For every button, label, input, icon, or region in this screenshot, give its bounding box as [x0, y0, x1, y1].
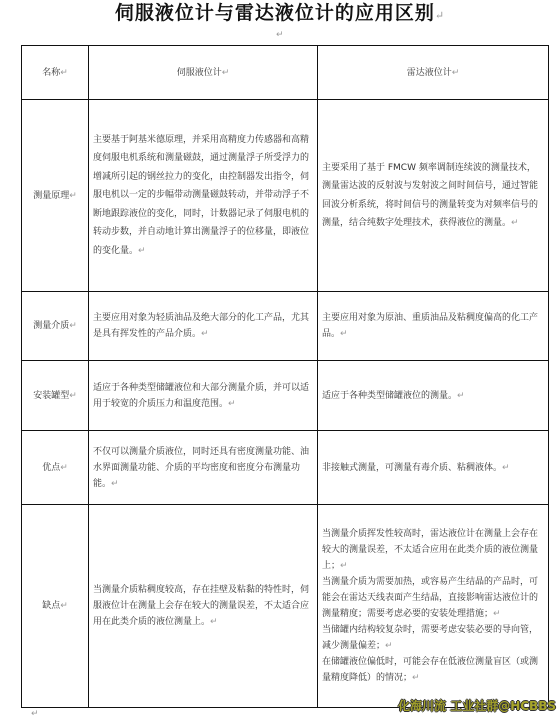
header-radar: 雷达液位计 — [407, 68, 452, 78]
header-servo: 伺服液位计 — [177, 68, 222, 78]
table-row: 优点↵ 不仅可以测量介质液位，同时还具有密度测量功能、油水界面测量功能、介质的平… — [22, 431, 549, 505]
table-row: 缺点↵ 当测量介质粘稠度较高，存在挂壁及粘黏的特性时，伺服液位计在测量上会存在较… — [22, 505, 549, 708]
row-label: 安装罐型 — [33, 391, 69, 401]
header-name: 名称 — [42, 68, 60, 78]
radar-drawback-item: 当测量介质为需要加热，或容易产生结晶的产品时，可能会在雷达天线表面产生结晶，直接… — [322, 574, 544, 622]
radar-drawback-item: 当储罐内结构较复杂时，需要考虑安装必要的导向管，减少测量偏差；↵ — [322, 622, 544, 654]
paragraph-mark-icon: ↵ — [69, 191, 77, 201]
paragraph-mark-icon: ↵ — [201, 329, 209, 339]
paragraph-mark-icon: ↵ — [210, 617, 218, 627]
watermark: 化海川流 工业社群@HCBBS — [398, 697, 556, 714]
paragraph-mark-icon: ↵ — [60, 601, 68, 611]
radar-drawback-text: 在储罐液位偏低时，可能会存在低液位测量盲区（或测量精度降低）的情况； — [322, 657, 538, 683]
paragraph-mark-icon: ↵ — [60, 463, 68, 473]
header-servo-cell: 伺服液位计↵ — [89, 46, 318, 100]
paragraph-mark-icon: ↵ — [60, 68, 68, 78]
title-text: 伺服液位计与雷达液位计的应用区别 — [115, 2, 435, 24]
table-row: 测量介质↵ 主要应用对象为轻质油品及绝大部分的化工产品，尤其是具有挥发性的产品介… — [22, 292, 549, 361]
table-row: 安装罐型↵ 适应于各种类型储罐液位和大部分测量介质，并可以适用于较宽的介质压力和… — [22, 361, 549, 431]
radar-text: 非接触式测量，可测量有毒介质、粘稠液体。 — [322, 463, 502, 473]
paragraph-mark-icon: ↵ — [69, 321, 77, 331]
radar-drawback-item: 当测量介质挥发性较高时，雷达液位计在测量上会存在较大的测量误差，不太适合应用在此… — [322, 526, 544, 574]
radar-text: 适应于各种类型储罐液位的测量。 — [322, 391, 457, 401]
paragraph-mark-icon: ↵ — [111, 479, 119, 489]
servo-cell: 当测量介质粘稠度较高，存在挂壁及粘黏的特性时，伺服液位计在测量上会存在较大的测量… — [89, 505, 318, 708]
paragraph-mark-icon: ↵ — [340, 329, 348, 339]
paragraph-mark-icon: ↵ — [435, 9, 444, 22]
radar-text: 主要采用了基于 FMCW 频率调制连续波的测量技术，测量雷达波的反射波与发射波之… — [322, 163, 538, 229]
paragraph-mark-icon: ↵ — [412, 673, 420, 683]
servo-text: 主要基于阿基米德原理，并采用高精度力传感器和高精度伺服电机系统和测量磁鼓，通过测… — [93, 135, 309, 256]
row-label-cell: 安装罐型↵ — [22, 361, 89, 431]
row-label-cell: 优点↵ — [22, 431, 89, 505]
radar-cell: 主要应用对象为原油、重质油品及粘稠度偏高的化工产品。↵ — [318, 292, 549, 361]
row-label: 测量原理 — [33, 191, 69, 201]
row-label: 缺点 — [42, 601, 60, 611]
radar-drawback-item: 在储罐液位偏低时，可能会存在低液位测量盲区（或测量精度降低）的情况；↵ — [322, 654, 544, 686]
paragraph-mark-icon: ↵ — [138, 246, 146, 256]
row-label-cell: 测量介质↵ — [22, 292, 89, 361]
row-label-cell: 缺点↵ — [22, 505, 89, 708]
table-row: 测量原理↵ 主要基于阿基米德原理，并采用高精度力传感器和高精度伺服电机系统和测量… — [22, 100, 549, 292]
radar-text: 主要应用对象为原油、重质油品及粘稠度偏高的化工产品。 — [322, 313, 538, 339]
radar-cell: 当测量介质挥发性较高时，雷达液位计在测量上会存在较大的测量误差，不太适合应用在此… — [318, 505, 549, 708]
radar-drawback-text: 当储罐内结构较复杂时，需要考虑安装必要的导向管，减少测量偏差； — [322, 625, 538, 651]
header-name-cell: 名称↵ — [22, 46, 89, 100]
servo-cell: 主要基于阿基米德原理，并采用高精度力传感器和高精度伺服电机系统和测量磁鼓，通过测… — [89, 100, 318, 292]
document-title: 伺服液位计与雷达液位计的应用区别↵ — [0, 0, 559, 29]
row-label-cell: 测量原理↵ — [22, 100, 89, 292]
radar-cell: 适应于各种类型储罐液位的测量。↵ — [318, 361, 549, 431]
paragraph-mark-icon: ↵ — [69, 391, 77, 401]
comparison-table: 名称↵ 伺服液位计↵ 雷达液位计↵ 测量原理↵ 主要基于阿基米德原理，并采用高精… — [21, 45, 549, 708]
servo-cell: 主要应用对象为轻质油品及绝大部分的化工产品，尤其是具有挥发性的产品介质。↵ — [89, 292, 318, 361]
paragraph-mark-icon: ↵ — [493, 609, 501, 619]
paragraph-mark-icon: ↵ — [452, 68, 460, 78]
table-header-row: 名称↵ 伺服液位计↵ 雷达液位计↵ — [22, 46, 549, 100]
radar-cell: 非接触式测量，可测量有毒介质、粘稠液体。↵ — [318, 431, 549, 505]
paragraph-mark-icon: ↵ — [457, 391, 465, 401]
servo-text: 适应于各种类型储罐液位和大部分测量介质，并可以适用于较宽的介质压力和温度范围。 — [93, 383, 309, 409]
row-label: 测量介质 — [33, 321, 69, 331]
paragraph-mark-icon: ↵ — [228, 399, 236, 409]
paragraph-mark-icon: ↵ — [502, 463, 510, 473]
paragraph-mark-icon: ↵ — [385, 641, 393, 651]
servo-cell: 不仅可以测量介质液位，同时还具有密度测量功能、油水界面测量功能、介质的平均密度和… — [89, 431, 318, 505]
servo-text: 当测量介质粘稠度较高，存在挂壁及粘黏的特性时，伺服液位计在测量上会存在较大的测量… — [93, 585, 309, 627]
row-label: 优点 — [42, 463, 60, 473]
radar-drawback-text: 当测量介质为需要加热，或容易产生结晶的产品时，可能会在雷达天线表面产生结晶，直接… — [322, 577, 538, 619]
paragraph-mark-icon: ↵ — [31, 709, 39, 719]
servo-cell: 适应于各种类型储罐液位和大部分测量介质，并可以适用于较宽的介质压力和温度范围。↵ — [89, 361, 318, 431]
header-radar-cell: 雷达液位计↵ — [318, 46, 549, 100]
paragraph-mark-icon: ↵ — [222, 68, 230, 78]
paragraph-mark-icon: ↵ — [340, 561, 348, 571]
servo-text: 不仅可以测量介质液位，同时还具有密度测量功能、油水界面测量功能、介质的平均密度和… — [93, 447, 309, 489]
paragraph-mark-icon: ↵ — [276, 30, 284, 40]
radar-cell: 主要采用了基于 FMCW 频率调制连续波的测量技术，测量雷达波的反射波与发射波之… — [318, 100, 549, 292]
radar-drawback-text: 当测量介质挥发性较高时，雷达液位计在测量上会存在较大的测量误差，不太适合应用在此… — [322, 529, 538, 571]
paragraph-mark-icon: ↵ — [511, 218, 519, 228]
